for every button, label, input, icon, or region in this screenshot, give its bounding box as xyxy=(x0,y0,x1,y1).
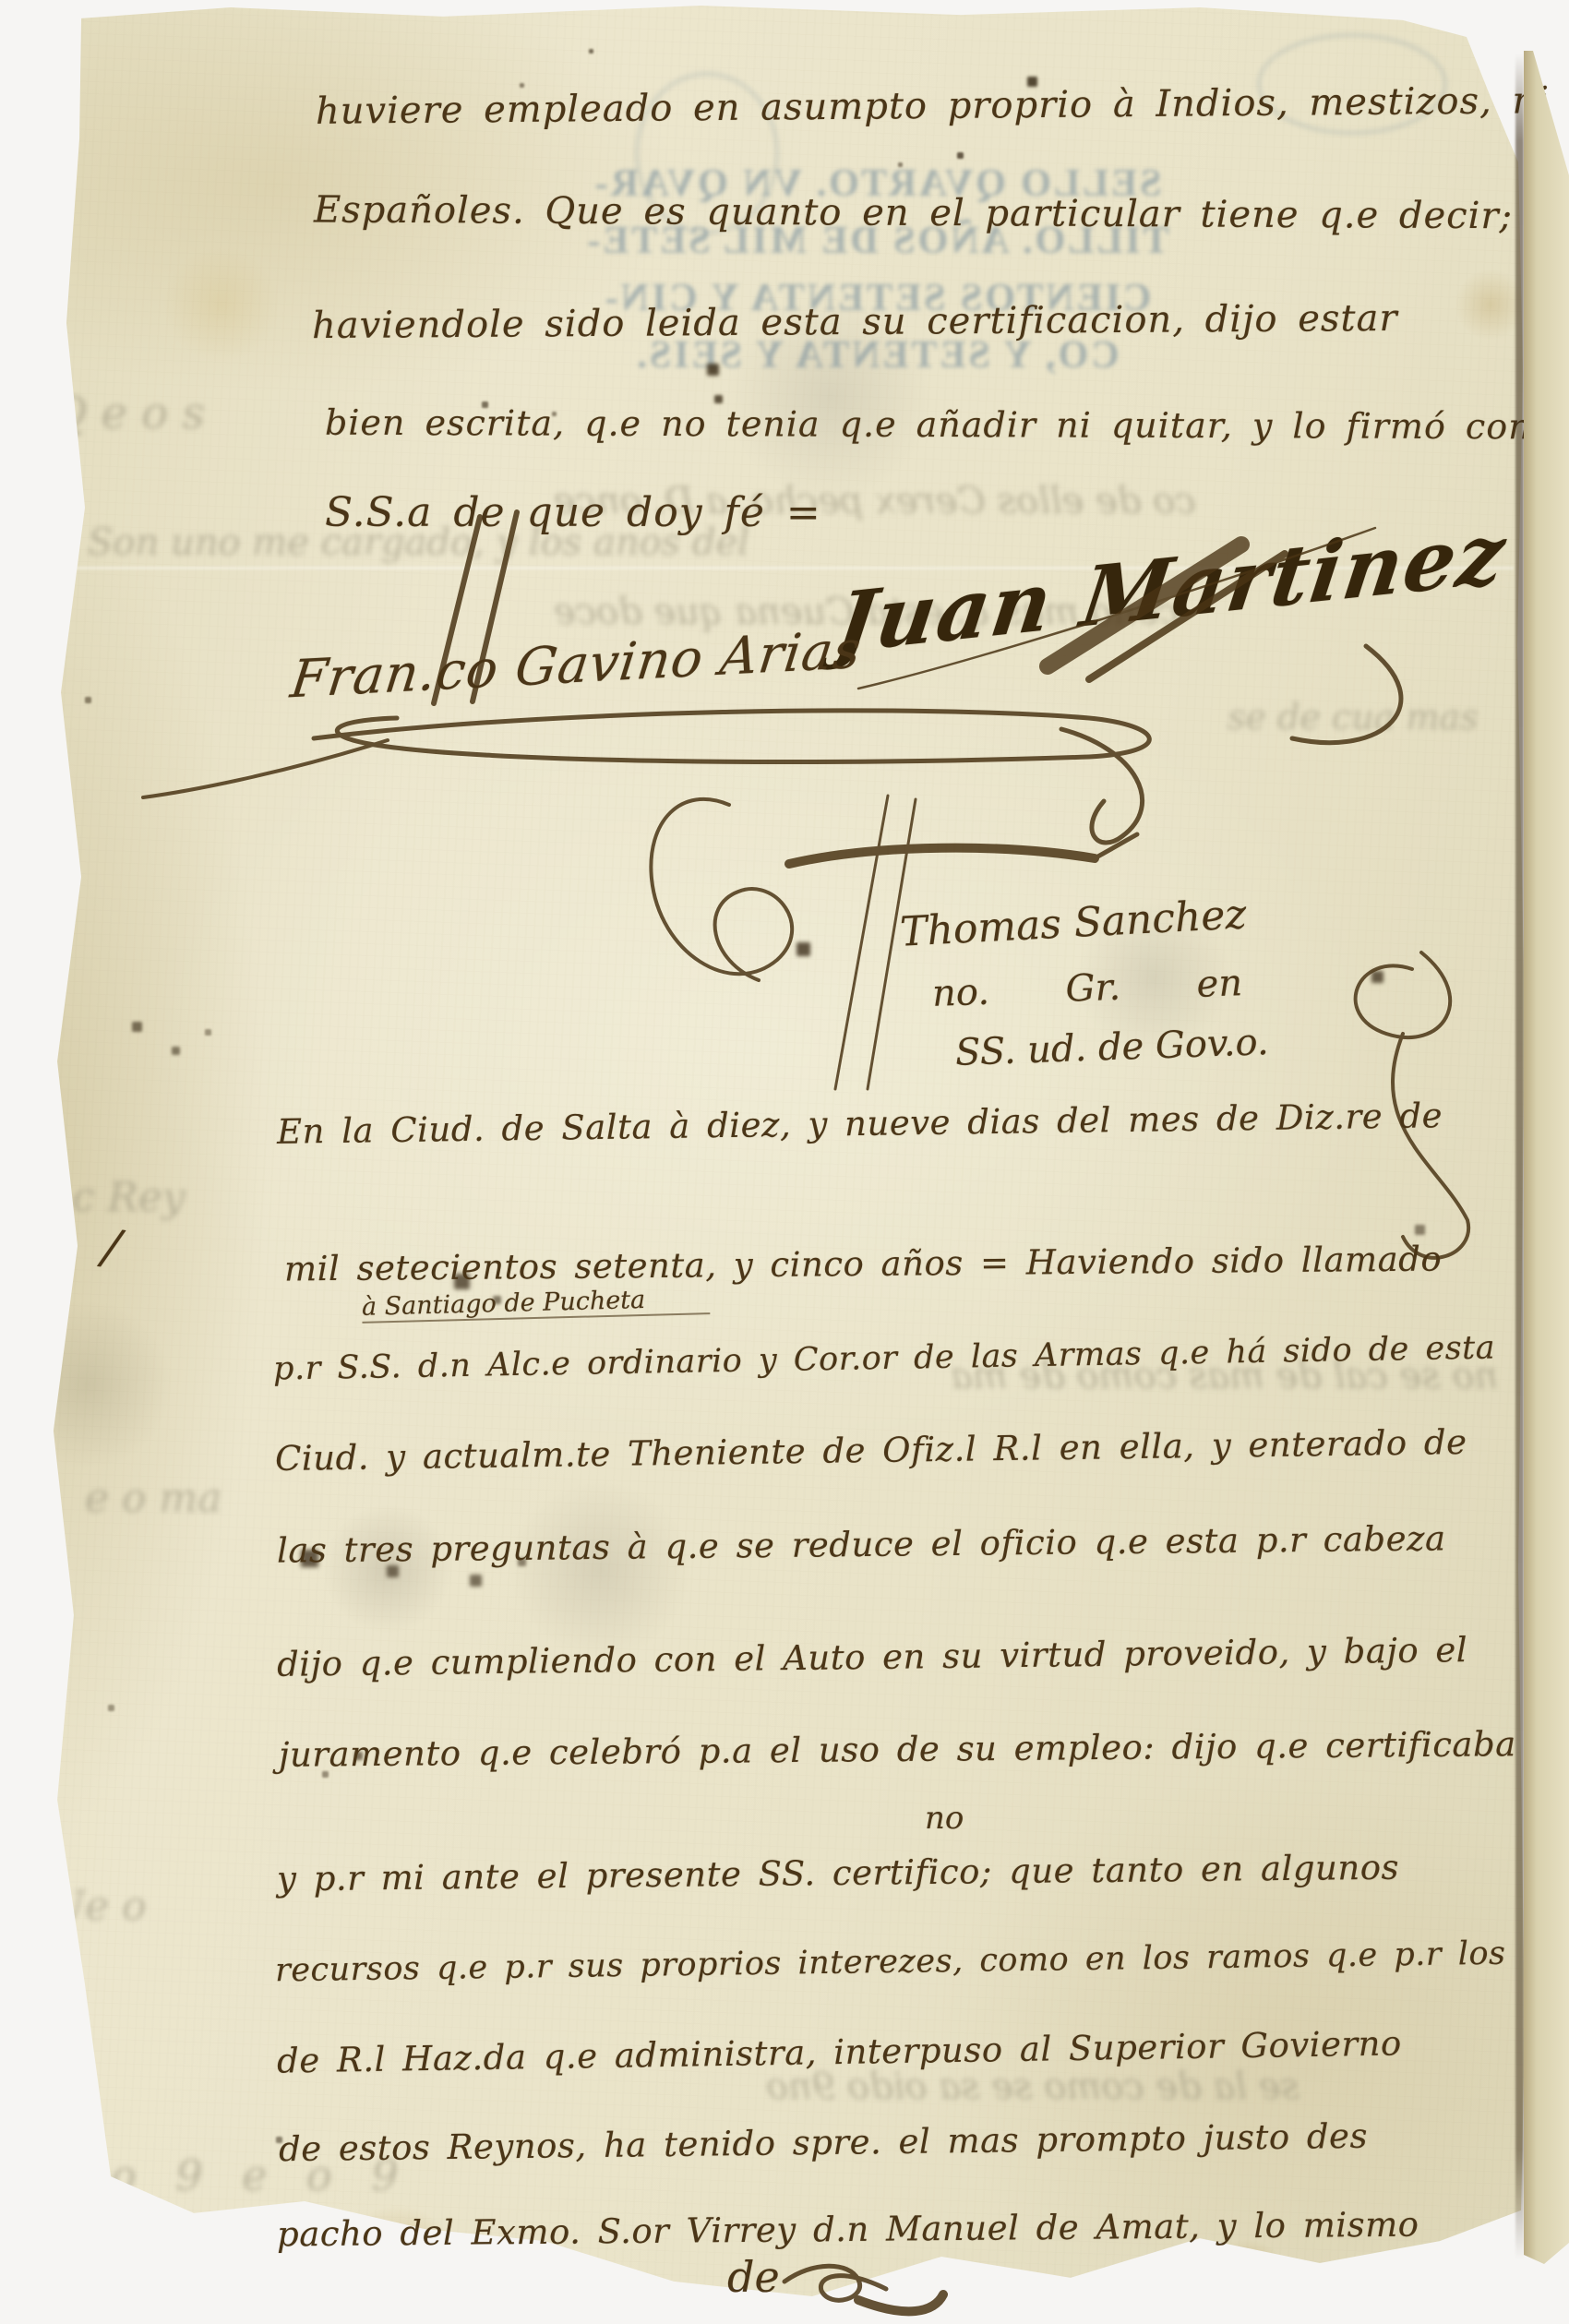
catchword: de xyxy=(727,2252,780,2302)
ink-blots xyxy=(0,0,1,1)
manuscript-line: S.S.a de que doy fé = xyxy=(325,489,821,536)
adjacent-page-edge xyxy=(1524,51,1569,2264)
ghost-writing: c Rey xyxy=(72,1174,186,1221)
ghost-writing: se de cua mas xyxy=(1228,697,1479,737)
binding-gutter-shadow xyxy=(1515,54,1524,2259)
manuscript-line: Españoles. Que es quanto en el particula… xyxy=(314,188,1555,237)
ghost-writing: e o ma xyxy=(85,1475,222,1522)
manuscript-line: bien escrita, q.e no tenia q.e añadir ni… xyxy=(325,402,1532,448)
manuscript-line: haviendole sido leida esta su certificac… xyxy=(312,297,1398,347)
ghost-writing: Ue o xyxy=(51,1883,147,1930)
superscript-abbreviation: no xyxy=(925,1800,964,1837)
manuscript-scan: SELLO QVARTO. VN QVAR- TILLO. AÑOS DE MI… xyxy=(0,0,1569,2324)
ghost-writing: se la de como se sa oido 9no xyxy=(766,2066,1300,2108)
ghost-writing: Q e o s xyxy=(51,388,205,439)
